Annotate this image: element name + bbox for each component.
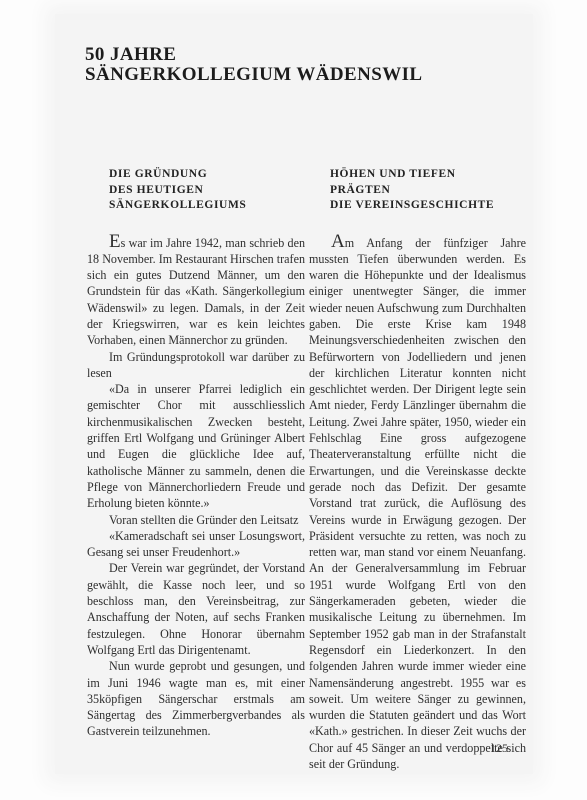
left-section-heading: DIE GRÜNDUNG DES HEUTIGEN SÄNGERKOLLEGIU… (109, 167, 305, 214)
right-heading-line-1: HÖHEN UND TIEFEN (330, 167, 526, 183)
left-heading-line-1: DIE GRÜNDUNG (109, 167, 305, 183)
right-heading-line-3: DIE VEREINSGESCHICHTE (330, 198, 526, 214)
paragraph-text: s war im Jahre 1942, man schrieb den 18 … (87, 236, 305, 348)
paragraph: Im Gründungsprotokoll war darüber zu les… (87, 349, 305, 382)
paragraph: «Da in unserer Pfarrei lediglich ein gem… (87, 381, 305, 511)
right-column: HÖHEN UND TIEFEN PRÄGTEN DIE VEREINSGESC… (330, 167, 526, 772)
right-body-text: Am Anfang der fünfziger Jahre mussten Ti… (309, 235, 526, 773)
scanned-page: 50 JAHRE SÄNGERKOLLEGIUM WÄDENSWIL DIE G… (0, 0, 587, 800)
paragraph: Am Anfang der fünfziger Jahre mussten Ti… (309, 235, 526, 773)
right-section-heading: HÖHEN UND TIEFEN PRÄGTEN DIE VEREINSGESC… (330, 167, 526, 214)
left-body-text: Es war im Jahre 1942, man schrieb den 18… (87, 235, 305, 740)
page-title: 50 JAHRE SÄNGERKOLLEGIUM WÄDENSWIL (85, 45, 422, 85)
paragraph: Voran stellten die Gründer den Leitsatz (87, 512, 305, 528)
page-title-line-1: 50 JAHRE (85, 45, 422, 65)
right-heading-line-2: PRÄGTEN (330, 183, 526, 199)
page-number: 125 (490, 741, 508, 756)
drop-cap: E (109, 231, 121, 252)
paragraph: «Kameradschaft sei unser Losungswort, Ge… (87, 528, 305, 561)
paragraph: Der Verein war gegründet, der Vorstand g… (87, 560, 305, 658)
left-heading-line-2: DES HEUTIGEN (109, 183, 305, 199)
paragraph-text: m Anfang der fünfziger Jahre mussten Tie… (309, 236, 526, 772)
paragraph: Nun wurde geprobt und gesungen, und im J… (87, 658, 305, 739)
page-title-line-2: SÄNGERKOLLEGIUM WÄDENSWIL (85, 65, 422, 85)
paragraph: Es war im Jahre 1942, man schrieb den 18… (87, 235, 305, 349)
left-heading-line-3: SÄNGERKOLLEGIUMS (109, 198, 305, 214)
drop-cap: A (331, 231, 345, 252)
left-column: DIE GRÜNDUNG DES HEUTIGEN SÄNGERKOLLEGIU… (109, 167, 305, 740)
